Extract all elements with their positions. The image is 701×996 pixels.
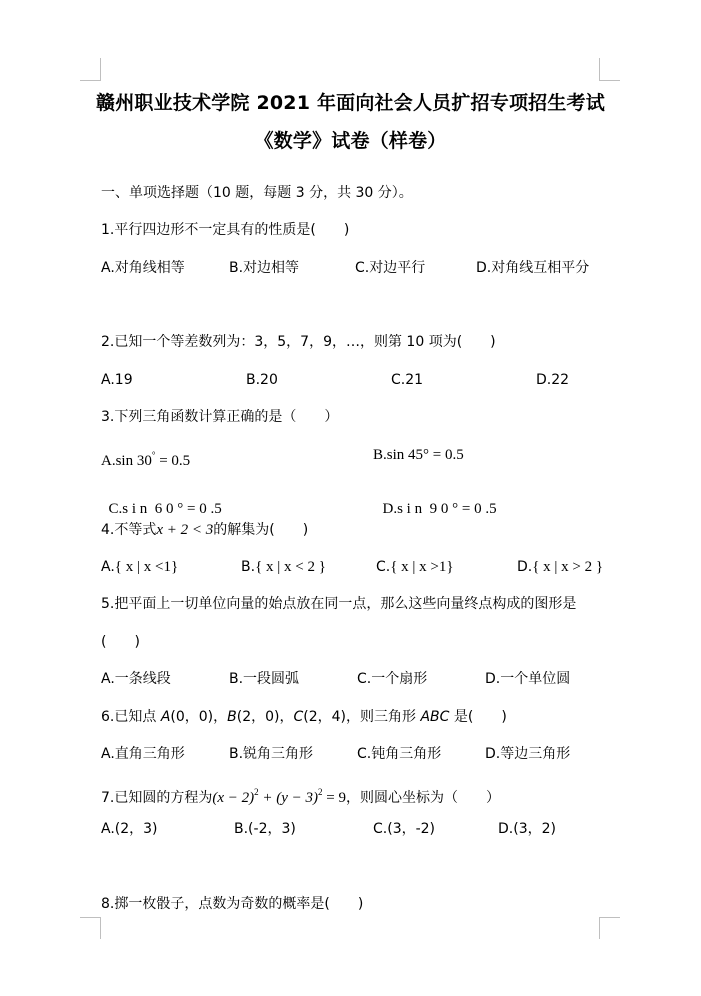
- question-6-option-b: B.锐角三角形: [229, 745, 313, 763]
- question-4-stem: 4.不等式x + 2 < 3的解集为(): [101, 521, 308, 539]
- question-1-paren-close: ): [344, 222, 349, 238]
- section-heading: 一、单项选择题（10 题，每题 3 分，共 30 分）。: [101, 184, 413, 202]
- question-1-text: 1.平行四边形不一定具有的性质是(: [101, 222, 316, 238]
- question-3-option-d: D.s i n 9 0 ° = 0 .5: [375, 482, 497, 518]
- question-3-text: 3.下列三角函数计算正确的是（: [101, 409, 296, 425]
- question-1-option-a: A.对角线相等: [101, 259, 185, 277]
- question-7-option-c: C.(3，-2): [373, 820, 435, 838]
- question-8-stem: 8.掷一枚骰子，点数为奇数的概率是(): [101, 895, 363, 913]
- question-7-option-d: D.(3，2): [498, 820, 556, 838]
- question-7-option-a: A.(2，3): [101, 820, 158, 838]
- question-2-option-b: B.20: [246, 371, 278, 389]
- crop-mark-top-left-v: [100, 58, 101, 80]
- question-7-option-b: B.(-2，3): [234, 820, 296, 838]
- crop-mark-bottom-right-h: [599, 917, 620, 918]
- question-2-option-a: A.19: [101, 371, 133, 389]
- question-7-stem: 7.已知圆的方程为(x − 2)2 + (y − 3)2 = 9，则圆心坐标为（…: [101, 783, 500, 807]
- question-5-option-b: B.一段圆弧: [229, 670, 299, 688]
- question-3-stem: 3.下列三角函数计算正确的是（）: [101, 408, 338, 426]
- question-4-option-b: B.{ x | x < 2 }: [241, 558, 326, 576]
- document-title-line1: 赣州职业技术学院 2021 年面向社会人员扩招专项招生考试: [0, 88, 701, 115]
- question-3-option-c: C.s i n 6 0 ° = 0 .5: [101, 482, 222, 518]
- question-5-stem: 5.把平面上一切单位向量的始点放在同一点，那么这些向量终点构成的图形是: [101, 595, 576, 613]
- question-6-option-a: A.直角三角形: [101, 745, 185, 763]
- question-5-stem-line2: (): [101, 633, 140, 651]
- crop-mark-bottom-left-h: [80, 917, 101, 918]
- question-6-stem: 6.已知点 A(0，0)，B(2，0)，C(2，4)，则三角形 ABC 是(): [101, 708, 507, 726]
- question-1-option-d: D.对角线互相平分: [476, 259, 589, 277]
- question-1-option-b: B.对边相等: [229, 259, 299, 277]
- question-2-option-c: C.21: [391, 371, 423, 389]
- crop-mark-top-left-h: [80, 80, 101, 81]
- question-5-option-a: A.一条线段: [101, 670, 171, 688]
- crop-mark-top-right-v: [599, 58, 600, 80]
- document-title-line2: 《数学》试卷（样卷）: [0, 126, 701, 153]
- crop-mark-top-right-h: [599, 80, 620, 81]
- question-4-option-d: D.{ x | x > 2 }: [517, 558, 603, 576]
- question-3-option-b: B.sin 45° = 0.5: [373, 446, 464, 464]
- question-2-stem: 2.已知一个等差数列为：3，5，7，9，…，则第 10 项为(): [101, 333, 496, 351]
- question-6-option-d: D.等边三角形: [485, 745, 570, 763]
- question-2-option-d: D.22: [536, 371, 569, 389]
- question-5-option-c: C.一个扇形: [357, 670, 427, 688]
- question-3-option-a: A.sin 30° = 0.5: [101, 446, 190, 470]
- question-2-text: 2.已知一个等差数列为：3，5，7，9，…，则第 10 项为(: [101, 334, 462, 350]
- question-3-paren-close: ）: [324, 409, 338, 425]
- question-4-inequality: x + 2 < 3: [156, 522, 213, 538]
- question-1-stem: 1.平行四边形不一定具有的性质是(): [101, 221, 349, 239]
- crop-mark-bottom-left-v: [100, 917, 101, 939]
- question-6-option-c: C.钝角三角形: [357, 745, 441, 763]
- question-4-option-a: A.{ x | x <1}: [101, 558, 178, 576]
- question-4-option-c: C.{ x | x >1}: [376, 558, 454, 576]
- question-5-option-d: D.一个单位圆: [485, 670, 570, 688]
- crop-mark-bottom-right-v: [599, 917, 600, 939]
- question-2-paren-close: ): [490, 334, 495, 350]
- question-7-equation: (x − 2)2 + (y − 3)2 = 9: [212, 790, 346, 806]
- question-1-option-c: C.对边平行: [355, 259, 425, 277]
